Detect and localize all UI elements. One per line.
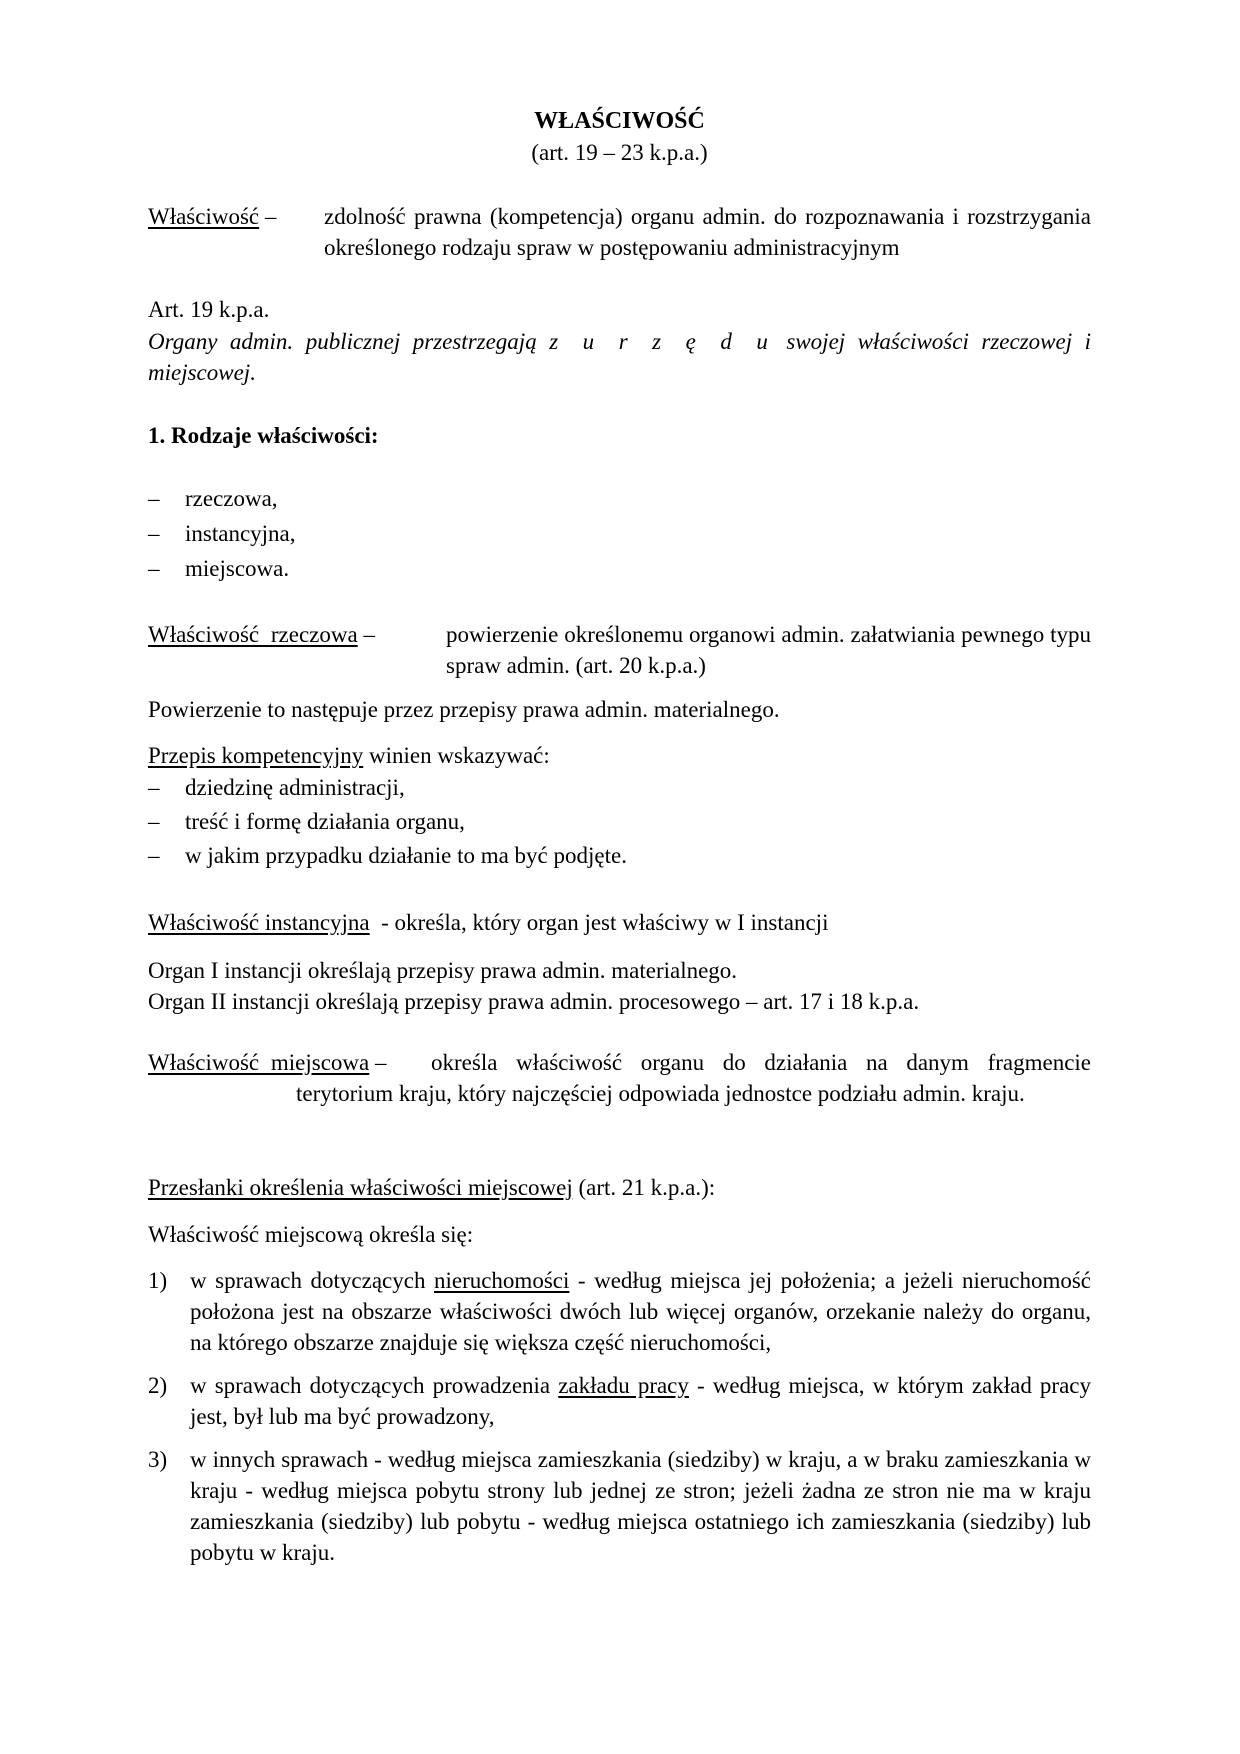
definition-text: zdolność prawna (kompetencja) organu adm…: [324, 201, 1091, 263]
art19-label: Art. 19 k.p.a.: [148, 294, 1091, 325]
przeslanki-intro: Właściwość miejscową określa się:: [148, 1219, 1091, 1250]
art19-text: Organy admin. publicznej przestrzegają z…: [148, 326, 1091, 388]
list-item-text: rzeczowa,: [185, 486, 278, 511]
item-text: w sprawach dotyczących prowadzenia: [190, 1373, 558, 1398]
list-item: –dziedzinę administracji,: [148, 771, 1091, 805]
rzeczowa-term-wrap: Właściwość rzeczowa –: [148, 619, 438, 650]
miejscowa-text-block: określa właściwość organu do działania n…: [148, 1047, 1091, 1109]
definition-block: Właściwość – zdolność prawna (kompetencj…: [148, 201, 1091, 263]
item-text: w sprawach dotyczących: [190, 1268, 434, 1293]
list-item-text: instancyjna,: [185, 521, 296, 546]
instancyjna-intro: Właściwość instancyjna - określa, który …: [148, 907, 1091, 938]
item-underlined: nieruchomości: [434, 1268, 569, 1293]
przeslanki-term: Przesłanki określenia właściwości miejsc…: [148, 1175, 573, 1200]
instancyjna-term: Właściwość instancyjna: [148, 910, 370, 935]
dash-bullet: –: [148, 771, 160, 805]
przepis-intro: Przepis kompetencyjny winien wskazywać:: [148, 740, 1091, 771]
section1-list: –rzeczowa, –instancyjna, –miejscowa.: [148, 481, 1091, 586]
list-item: –instancyjna,: [148, 516, 1091, 551]
przepis-list: –dziedzinę administracji, –treść i formę…: [148, 771, 1091, 873]
dash-bullet: –: [148, 481, 160, 516]
rzeczowa-note: Powierzenie to następuje przez przepisy …: [148, 694, 1091, 725]
instancyjna-line1: Organ I instancji określają przepisy pra…: [148, 955, 1091, 986]
instancyjna-text: - określa, który organ jest właściwy w I…: [370, 910, 829, 935]
section1-heading: 1. Rodzaje właściwości:: [148, 420, 1091, 451]
list-item: –rzeczowa,: [148, 481, 1091, 516]
dash-bullet: –: [148, 516, 160, 551]
przeslanki-text: (art. 21 k.p.a.):: [573, 1175, 715, 1200]
przeslanki-list: 1)w sprawach dotyczących nieruchomości -…: [148, 1265, 1091, 1568]
rzeczowa-term: Właściwość rzeczowa: [148, 622, 358, 647]
list-number: 2): [148, 1370, 167, 1401]
list-item: 1)w sprawach dotyczących nieruchomości -…: [148, 1265, 1091, 1358]
list-item: –w jakim przypadku działanie to ma być p…: [148, 839, 1091, 873]
dash-bullet: –: [148, 805, 160, 839]
dash-bullet: –: [148, 551, 160, 586]
dash-bullet: –: [148, 839, 160, 873]
document-title: WŁAŚCIWOŚĆ: [148, 108, 1091, 135]
rzeczowa-text: powierzenie określonemu organowi admin. …: [446, 619, 1091, 681]
item-underlined: zakładu pracy: [558, 1373, 689, 1398]
definition-separator: –: [259, 204, 276, 229]
art19-text-before: Organy admin. publicznej przestrzegają: [148, 329, 549, 354]
definition-term: Właściwość: [148, 204, 259, 229]
list-item-text: w jakim przypadku działanie to ma być po…: [185, 843, 627, 868]
rzeczowa-separator: –: [358, 622, 375, 647]
rzeczowa-block: Właściwość rzeczowa – powierzenie określ…: [148, 619, 1091, 681]
list-item-text: miejscowa.: [185, 556, 289, 581]
przepis-term: Przepis kompetencyjny: [148, 743, 363, 768]
przeslanki-heading: Przesłanki określenia właściwości miejsc…: [148, 1172, 1091, 1203]
list-item: –treść i formę działania organu,: [148, 805, 1091, 839]
miejscowa-body: określa właściwość organu do działania n…: [296, 1047, 1091, 1109]
item-text: w innych sprawach - według miejsca zamie…: [190, 1447, 1091, 1565]
list-item-text: dziedzinę administracji,: [185, 775, 405, 800]
list-number: 1): [148, 1265, 167, 1296]
art19-spaced: z u r z ę d u: [549, 329, 774, 354]
list-item-text: treść i formę działania organu,: [185, 809, 465, 834]
list-item: 3)w innych sprawach - według miejsca zam…: [148, 1444, 1091, 1568]
definition-term-wrap: Właściwość –: [148, 201, 306, 232]
document-subtitle: (art. 19 – 23 k.p.a.): [148, 140, 1091, 166]
instancyjna-line2: Organ II instancji określają przepisy pr…: [148, 986, 1091, 1017]
list-item: –miejscowa.: [148, 551, 1091, 586]
list-number: 3): [148, 1444, 167, 1475]
przepis-text: winien wskazywać:: [363, 743, 550, 768]
list-item: 2)w sprawach dotyczących prowadzenia zak…: [148, 1370, 1091, 1432]
